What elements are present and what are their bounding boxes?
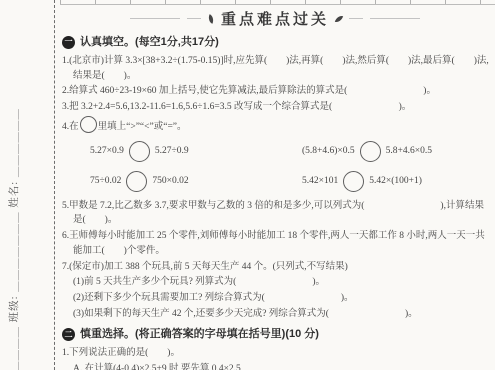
question-text: 给算式 460÷23-19×60 加上括号,使它先算减法,最后算除法的算式是( …: [69, 86, 436, 96]
question-2: 2.给算式 460÷23-19×60 加上括号,使它先算减法,最后算除法的算式是…: [62, 84, 491, 99]
right-expression: 750×0.02: [152, 174, 188, 189]
comparison-item: 5.27×0.9 5.27÷0.9: [90, 141, 302, 162]
section-number-icon: 一: [62, 36, 75, 49]
margin-blank-line: ＿＿＿＿: [9, 326, 20, 370]
margin-labels: ＿＿＿＿ 班级: ＿＿＿＿＿＿＿ 姓名: ＿＿＿＿＿＿: [6, 0, 21, 370]
question-7-sub-1: (1)前 5 天共生产多少个玩具? 列算式为( )。: [62, 275, 491, 290]
name-label: 姓名:: [9, 181, 20, 208]
question-7-sub-3: (3)如果剩下的每天生产 42 个,还要多少天完成? 列综合算式为( )。: [62, 307, 491, 322]
question-text: 把 3.2+2.4=5.6,13.2-11.6=1.6,5.6÷1.6=3.5 …: [69, 102, 411, 112]
question-text-before: 在: [69, 122, 79, 132]
right-expression: 5.42×(100+1): [369, 174, 422, 189]
question-7-sub-2: (2)还剩下多少个玩具需要加工? 列综合算式为( )。: [62, 291, 491, 306]
compare-circle-blank: [360, 141, 381, 162]
comparison-item: 75÷0.02 750×0.02: [90, 171, 302, 192]
section2-heading: 慎重选择。(将正确答案的字母填在括号里)(10 分): [80, 326, 319, 343]
section2-option-a: A. 在计算(4-0.4)×2.5+9 时,要先算 0.4×2.5: [62, 362, 491, 370]
comparison-grid: 5.27×0.9 5.27÷0.9 (5.8+4.6)×0.5 5.8+4.6×…: [90, 141, 491, 192]
question-text: 甲数是 7.2,比乙数多 3.7,要求甲数与乙数的 3 倍的和是多少,可以列式为…: [69, 201, 484, 226]
question-1: 1.(北京市)计算 3.3×[38+3.2÷(1.75-0.15)]时,应先算(…: [62, 54, 491, 83]
right-expression: 5.27÷0.9: [155, 144, 189, 159]
comparison-item: (5.8+4.6)×0.5 5.8+4.6×0.5: [302, 141, 491, 162]
question-7: 7.(保定市)加工 388 个玩具,前 5 天每天生产 44 个。(只列式,不写…: [62, 260, 491, 275]
name-blank-line: ＿＿＿＿＿＿: [9, 108, 20, 177]
section1-header: 一 认真填空。(每空1分,共17分): [62, 34, 491, 51]
binding-dashed-line: [54, 0, 55, 370]
worksheet-content: 一 认真填空。(每空1分,共17分) 1.(北京市)计算 3.3×[38+3.2…: [62, 31, 491, 370]
left-expression: 75÷0.02: [90, 174, 121, 189]
left-expression: 5.42×101: [302, 174, 338, 189]
class-label: 班级:: [9, 295, 20, 322]
title-rule-right-short: [349, 18, 363, 20]
title-rule-left: [130, 18, 180, 20]
compare-circle-blank: [80, 116, 97, 133]
section1-heading: 认真填空。(每空1分,共17分): [80, 34, 219, 51]
section2-question-1: 1.下列说法正确的是( )。: [62, 346, 491, 361]
section-number-icon: 二: [62, 328, 75, 341]
table-bottom-border: [60, 0, 495, 5]
question-text: (北京市)计算 3.3×[38+3.2÷(1.75-0.15)]时,应先算( )…: [69, 56, 489, 81]
question-text: 王师傅每小时能加工 25 个零件,刘师傅每小时能加工 18 个零件,两人一天都工…: [69, 231, 485, 256]
question-text-after: 里填上“>”“<”或“=”。: [98, 122, 187, 132]
question-4: 4.在里填上“>”“<”或“=”。: [62, 116, 491, 135]
left-expression: 5.27×0.9: [90, 144, 124, 159]
comparison-item: 5.42×101 5.42×(100+1): [302, 171, 491, 192]
question-6: 6.王师傅每小时能加工 25 个零件,刘师傅每小时能加工 18 个零件,两人一天…: [62, 229, 491, 258]
page-title: 重点难点过关: [221, 8, 329, 29]
leaf-icon: [335, 14, 343, 24]
right-expression: 5.8+4.6×0.5: [386, 144, 432, 159]
page-title-row: 重点难点过关: [60, 8, 490, 29]
section2-header: 二 慎重选择。(将正确答案的字母填在括号里)(10 分): [62, 326, 491, 343]
compare-circle-blank: [126, 171, 147, 192]
class-blank-line: ＿＿＿＿＿＿＿: [9, 211, 20, 292]
compare-circle-blank: [343, 171, 364, 192]
leaf-icon: [207, 14, 215, 24]
question-3: 3.把 3.2+2.4=5.6,13.2-11.6=1.6,5.6÷1.6=3.…: [62, 100, 491, 115]
question-text: 下列说法正确的是( )。: [69, 348, 180, 358]
question-text: (保定市)加工 388 个玩具,前 5 天每天生产 44 个。(只列式,不写结果…: [69, 262, 348, 272]
title-rule-left-short: [187, 18, 201, 20]
compare-circle-blank: [129, 141, 150, 162]
left-expression: (5.8+4.6)×0.5: [302, 144, 355, 159]
worksheet-page: ＿＿＿＿ 班级: ＿＿＿＿＿＿＿ 姓名: ＿＿＿＿＿＿ 重点难点过关 一 认真填…: [0, 0, 495, 370]
question-5: 5.甲数是 7.2,比乙数多 3.7,要求甲数与乙数的 3 倍的和是多少,可以列…: [62, 199, 491, 228]
title-rule-right: [370, 18, 420, 20]
